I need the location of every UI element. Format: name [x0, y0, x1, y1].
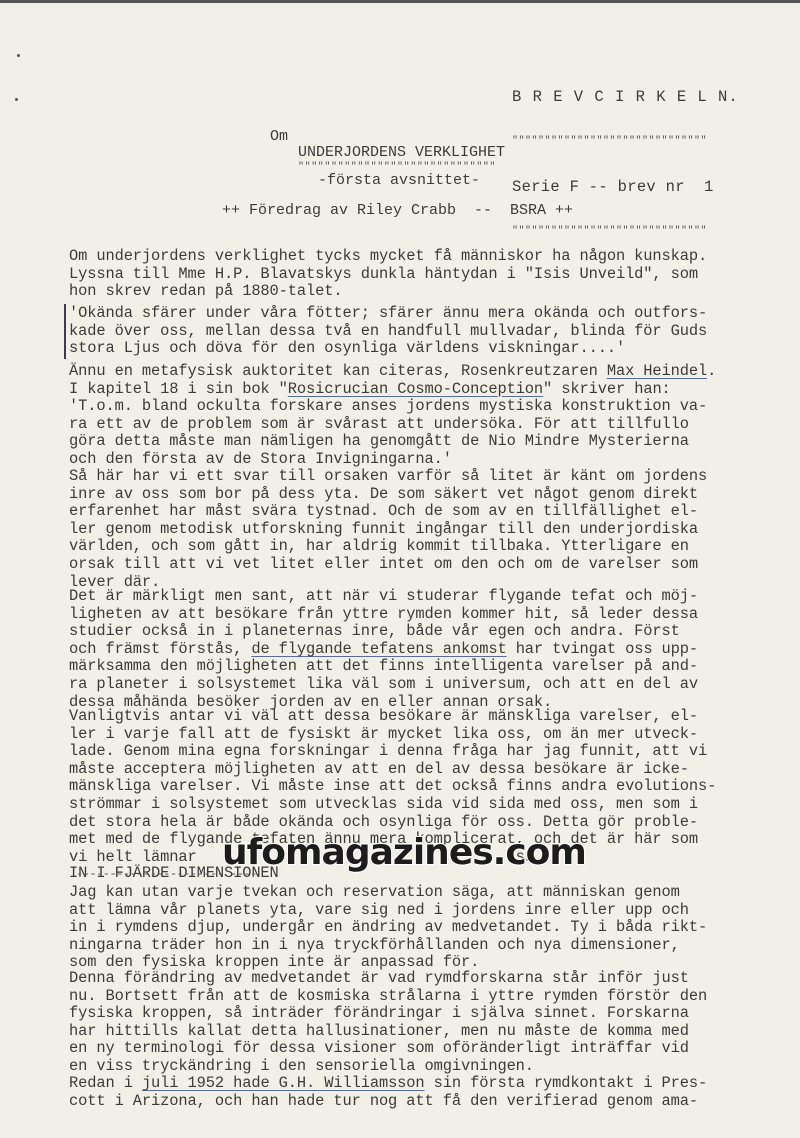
series-line: Serie F -- brev nr 1	[512, 179, 739, 195]
title-prefix: Om	[270, 128, 288, 145]
paragraph-5: Det är märkligt men sant, att när vi stu…	[69, 588, 789, 711]
document-title: UNDERJORDENS VERKLIGHET	[298, 144, 505, 161]
paragraph-9: Redan i juli 1952 hade G.H. Williamsson …	[69, 1075, 789, 1110]
underlined-phrase: de flygande tefatens ankomst	[251, 640, 506, 658]
line-flygande-tefatens: och främst förstås, de flygande tefatens…	[69, 641, 789, 659]
watermark-logo: ufomagazines.com	[222, 832, 586, 873]
quote-margin-bar	[64, 304, 66, 359]
line-rosicrucian: I kapitel 18 i sin bok "Rosicrucian Cosm…	[69, 381, 789, 399]
punch-mark	[15, 98, 18, 101]
byline: ++ Föredrag av Riley Crabb -- BSRA ++	[222, 202, 573, 219]
series-header: B R E V C I R K E L N. """""""""""""""""…	[512, 57, 739, 269]
punch-mark	[17, 54, 20, 57]
underlined-phrase: Rosicrucian Cosmo-Conception	[288, 380, 543, 398]
underlined-phrase: Max Heindel	[607, 362, 707, 380]
scan-edge	[0, 0, 800, 3]
line-max-heindel: Ännu en metafysisk auktoritet kan citera…	[69, 363, 789, 381]
paragraph-4: Så här har vi ett svar till orsaken varf…	[69, 468, 789, 591]
document-page: B R E V C I R K E L N. """""""""""""""""…	[0, 0, 800, 1138]
underlined-phrase: juli 1952 hade G.H. Williamsson	[142, 1074, 425, 1092]
blavatsky-quote: 'Okända sfärer under våra fötter; sfärer…	[69, 305, 789, 358]
ditto-line: """"""""""""""""""""""""""""""	[512, 227, 739, 237]
ditto-line: """"""""""""""""""""""""""""""	[512, 137, 739, 147]
paragraph-7: Jag kan utan varje tvekan och reservatio…	[69, 884, 789, 972]
paragraph-1: Om underjordens verklighet tycks mycket …	[69, 248, 789, 301]
document-subtitle: -första avsnittet-	[318, 172, 480, 189]
series-title: B R E V C I R K E L N.	[512, 89, 739, 105]
line-williamsson: Redan i juli 1952 hade G.H. Williamsson …	[69, 1075, 789, 1093]
paragraph-3: Ännu en metafysisk auktoritet kan citera…	[69, 363, 789, 469]
paragraph-8: Denna förändring av medvetandet är vad r…	[69, 970, 789, 1076]
